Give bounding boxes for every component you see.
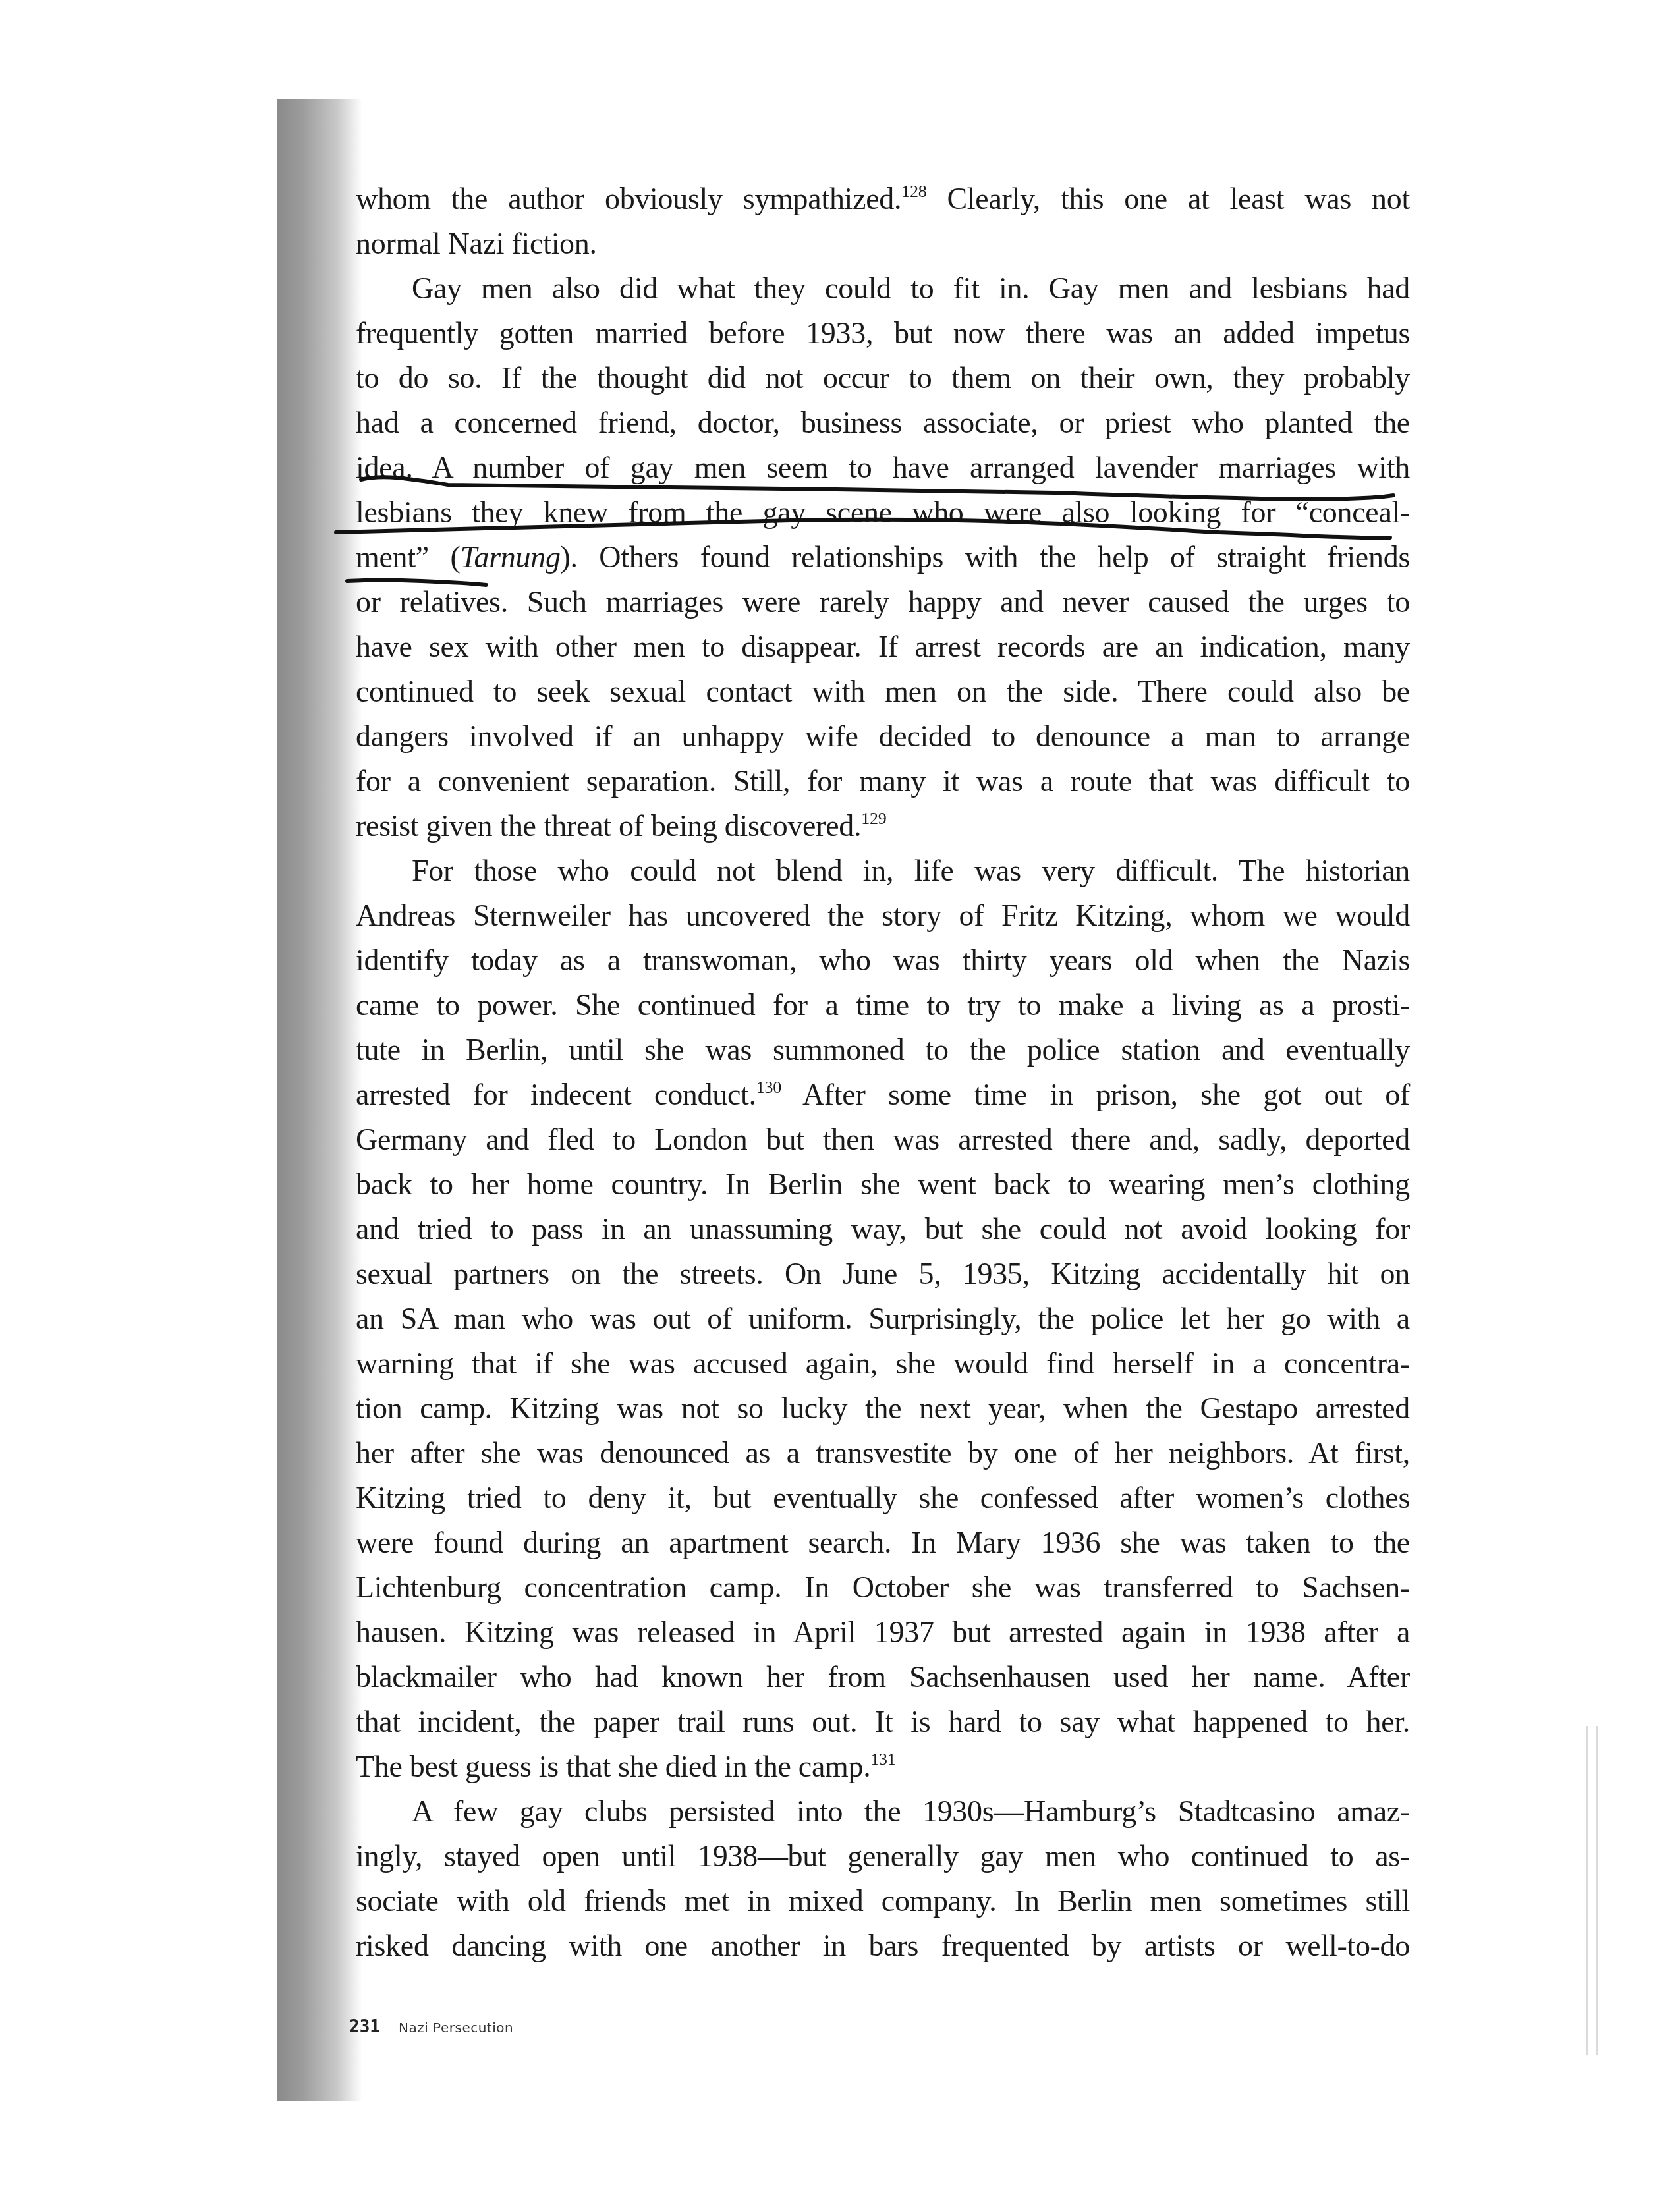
text-line: idea. A number of gay men seem to have a… (356, 445, 1410, 490)
text-line: sociate with old friends met in mixed co… (356, 1879, 1410, 1924)
text-line: risked dancing with one another in bars … (356, 1924, 1410, 1968)
text-line: dangers involved if an unhappy wife deci… (356, 714, 1410, 759)
text-line: that incident, the paper trail runs out.… (356, 1700, 1410, 1744)
text-line: Andreas Sternweiler has uncovered the st… (356, 893, 1410, 938)
text-line: tion camp. Kitzing was not so lucky the … (356, 1386, 1410, 1431)
text-line: sexual partners on the streets. On June … (356, 1252, 1410, 1296)
footnote-ref: 128 (901, 182, 926, 201)
text-line: Gay men also did what they could to fit … (356, 266, 1410, 311)
text-line: A few gay clubs persisted into the 1930s… (356, 1789, 1410, 1834)
text-line: her after she was denounced as a transve… (356, 1431, 1410, 1476)
text-line: normal Nazi fiction. (356, 221, 1410, 266)
text-line: The best guess is that she died in the c… (356, 1744, 1410, 1789)
paragraph: Gay men also did what they could to fit … (356, 266, 1410, 848)
text-line: blackmailer who had known her from Sachs… (356, 1655, 1410, 1700)
footnote-ref: 130 (756, 1078, 781, 1097)
text-line: to do so. If the thought did not occur t… (356, 356, 1410, 401)
text-line: lesbians they knew from the gay scene wh… (356, 490, 1410, 535)
page-body-text: whom the author obviously sympathized.12… (356, 177, 1410, 1968)
text-line: For those who could not blend in, life w… (356, 848, 1410, 893)
text-line: arrested for indecent conduct.130 After … (356, 1072, 1410, 1117)
text-line: frequently gotten married before 1933, b… (356, 311, 1410, 356)
page-footer: 231 Nazi Persecution (349, 2017, 513, 2037)
text-line: or relatives. Such marriages were rarely… (356, 580, 1410, 624)
text-line: for a convenient separation. Still, for … (356, 759, 1410, 804)
footnote-ref: 129 (861, 809, 886, 828)
page-number: 231 (349, 2017, 380, 2037)
text-line: an SA man who was out of uniform. Surpri… (356, 1296, 1410, 1341)
text-line: resist given the threat of being discove… (356, 804, 1410, 848)
italic-term: Tarnung (460, 540, 560, 574)
text-line: have sex with other men to disappear. If… (356, 624, 1410, 669)
text-line: tute in Berlin, until she was summoned t… (356, 1028, 1410, 1072)
text-line: Germany and fled to London but then was … (356, 1117, 1410, 1162)
text-line: continued to seek sexual contact with me… (356, 669, 1410, 714)
text-line: came to power. She continued for a time … (356, 983, 1410, 1028)
text-line: and tried to pass in an unassuming way, … (356, 1207, 1410, 1252)
text-line: whom the author obviously sympathized.12… (356, 177, 1410, 221)
text-line: warning that if she was accused again, s… (356, 1341, 1410, 1386)
text-line: hausen. Kitzing was released in April 19… (356, 1610, 1410, 1655)
paragraph: For those who could not blend in, life w… (356, 848, 1410, 1789)
scan-edge-marks (1581, 1726, 1604, 2055)
text-line: were found during an apartment search. I… (356, 1520, 1410, 1565)
text-line: ingly, stayed open until 1938—but genera… (356, 1834, 1410, 1879)
text-line: had a concerned friend, doctor, business… (356, 401, 1410, 445)
running-head: Nazi Persecution (399, 2020, 513, 2036)
text-line: identify today as a transwoman, who was … (356, 938, 1410, 983)
book-binding-shadow (277, 99, 362, 2101)
text-line: Kitzing tried to deny it, but eventually… (356, 1476, 1410, 1520)
footnote-ref: 131 (870, 1750, 895, 1769)
paragraph: whom the author obviously sympathized.12… (356, 177, 1410, 266)
text-line: ment” (Tarnung). Others found relationsh… (356, 535, 1410, 580)
text-line: Lichtenburg concentration camp. In Octob… (356, 1565, 1410, 1610)
paragraph: A few gay clubs persisted into the 1930s… (356, 1789, 1410, 1968)
text-line: back to her home country. In Berlin she … (356, 1162, 1410, 1207)
